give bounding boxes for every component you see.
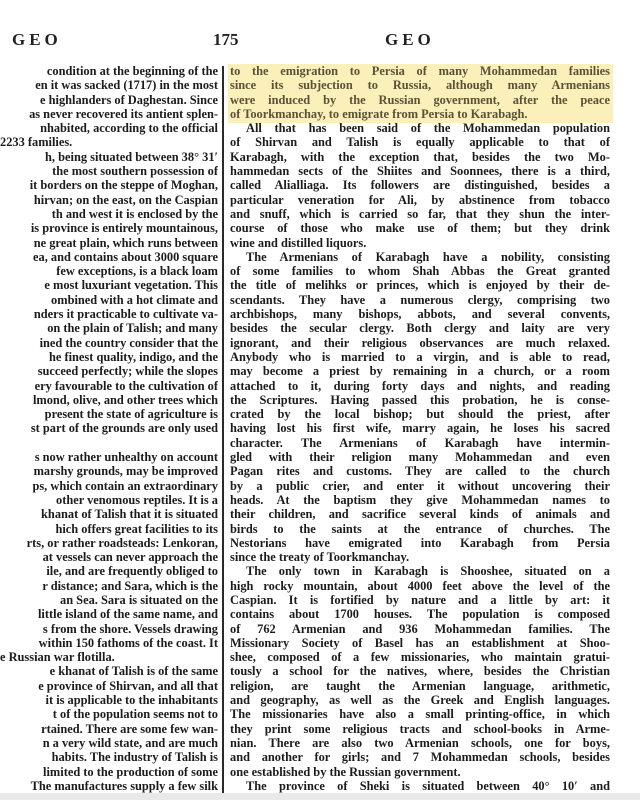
- text-line: ile, and are frequently obliged to: [0, 564, 218, 578]
- text-line: few exceptions, is a black loam: [0, 264, 218, 278]
- text-line: high rocky mountain, about 4000 feet abo…: [230, 579, 610, 593]
- column-divider: [222, 66, 224, 800]
- text-line: the most southern possession of: [0, 164, 218, 178]
- text-line: religion, are taught the Armenian langua…: [230, 679, 610, 693]
- text-line: The manufactures supply a few silk: [0, 779, 218, 793]
- text-line: n a very wild state, and are much: [0, 736, 218, 750]
- text-line: Nestorians have emigrated into Karabagh …: [230, 536, 610, 550]
- text-line: 2233 families.: [0, 135, 218, 149]
- page-header: GEO 175 GEO: [0, 30, 640, 54]
- text-line: of 762 Armenian and 936 Mohammedan famil…: [230, 622, 610, 636]
- text-line: All that has been said of the Mohammedan…: [230, 121, 610, 135]
- right-column: to the emigration to Persia of many Moha…: [230, 64, 610, 793]
- text-line: t of the population seems not to: [0, 707, 218, 721]
- text-line: e highlanders of Daghestan. Since: [0, 93, 218, 107]
- text-line: archbishops, many bishops, abbots, and s…: [230, 307, 610, 321]
- text-line: the Scriptures. Having passed this proba…: [230, 393, 610, 407]
- text-line: r distance; and Sara, which is the: [0, 579, 218, 593]
- text-line: the title of melihks or princes, which i…: [230, 278, 610, 292]
- text-line: within 150 fathoms of the coast. It: [0, 636, 218, 650]
- text-line: s from the shore. Vessels drawing: [0, 622, 218, 636]
- text-line: one established by the Russian governmen…: [230, 765, 610, 779]
- text-line: ombined with a hot climate and: [0, 293, 218, 307]
- text-line: condition at the beginning of the: [0, 64, 218, 78]
- left-column: condition at the beginning of the en it …: [0, 64, 218, 793]
- text-line: little island of the same name, and: [0, 607, 218, 621]
- text-line: of some families to whom Shah Abbas the …: [230, 264, 610, 278]
- text-line: called Alialliaga. Its followers are dis…: [230, 178, 610, 192]
- text-line: ps, which contain an extraordinary: [0, 479, 218, 493]
- text-line: other venomous reptiles. It is a: [0, 493, 218, 507]
- text-line: succeed perfectly; while the slopes: [0, 364, 218, 378]
- highlighted-passage[interactable]: to the emigration to Persia of many Moha…: [230, 64, 610, 121]
- text-line: The only town in Karabagh is Shooshee, s…: [230, 564, 610, 578]
- text-line: course of those who make use of them; bu…: [230, 221, 610, 235]
- text-line: ignorant, and their religious observance…: [230, 336, 610, 350]
- text-line: ea, and contains about 3000 square: [0, 250, 218, 264]
- text-line: e Russian war flotilla.: [0, 650, 218, 664]
- text-line: birds to the saints at the entrance of c…: [230, 522, 610, 536]
- text-line: scendants. They have a numerous clergy, …: [230, 293, 610, 307]
- highlighted-line: of Toorkmanchay, to emigrate from Persia…: [230, 107, 610, 121]
- text-line: The Armenians of Karabagh have a nobilit…: [230, 250, 610, 264]
- text-line: character. The Armenians of Karabagh hav…: [230, 436, 610, 450]
- text-line: Missionary Society of Basel has an estab…: [230, 636, 610, 650]
- text-line: heads. At the baptism they give Mohammed…: [230, 493, 610, 507]
- text-line: at vessels can never approach the: [0, 550, 218, 564]
- text-line: attached to it, during forty days and ni…: [230, 379, 610, 393]
- text-line: contains about 1700 houses. The populati…: [230, 607, 610, 621]
- text-line: their children, and sacrifice several ki…: [230, 507, 610, 521]
- text-line: Caspian. It is fortified by nature and a…: [230, 593, 610, 607]
- text-line: particular veneration for Ali, by abstin…: [230, 193, 610, 207]
- text-line: gled with their religion many Mohammedan…: [230, 450, 610, 464]
- text-line: s now rather unhealthy on account: [0, 450, 218, 464]
- text-line: he finest quality, indigo, and the: [0, 350, 218, 364]
- text-line: e khanat of Talish is of the same: [0, 664, 218, 678]
- text-line: The province of Sheki is situated betwee…: [230, 779, 610, 793]
- text-line: it is applicable to the inhabitants: [0, 693, 218, 707]
- blank-line: [0, 436, 218, 450]
- text-line: of Shirvan and Talish is equally applica…: [230, 135, 610, 149]
- text-line: The missionaries have also a small print…: [230, 707, 610, 721]
- text-line: ined the country consider that the: [0, 336, 218, 350]
- text-line: rts, or rather roadsteads: Lenkoran,: [0, 536, 218, 550]
- text-line: ery favourable to the cultivation of: [0, 379, 218, 393]
- text-line: tously a school for the natives, where, …: [230, 664, 610, 678]
- text-line: they print some religious tracts and sch…: [230, 722, 610, 736]
- text-line: habits. The industry of Talish is: [0, 750, 218, 764]
- text-line: hirvan; on the east, on the Caspian: [0, 193, 218, 207]
- text-line: crated by the local bishop; but should t…: [230, 407, 610, 421]
- text-line: Anybody who is married to a virgin, and …: [230, 350, 610, 364]
- text-line: as never recovered its antient splen-: [0, 107, 218, 121]
- text-line: shee, composed of a few missionaries, wh…: [230, 650, 610, 664]
- text-line: st part of the grounds are only used: [0, 421, 218, 435]
- page-number: 175: [213, 30, 239, 50]
- text-line: en it was sacked (1717) in the most: [0, 78, 218, 92]
- text-line: an Sea. Sara is situated on the: [0, 593, 218, 607]
- text-line: khanat of Talish that it is situated: [0, 507, 218, 521]
- text-line: e most luxuriant vegetation. This: [0, 278, 218, 292]
- text-line: may become a priest by remaining in a ch…: [230, 364, 610, 378]
- highlighted-line: were induced by the Russian government, …: [230, 93, 610, 107]
- text-line: since the treaty of Toorkmanchay.: [230, 550, 610, 564]
- running-head-left: GEO: [12, 30, 62, 50]
- highlighted-line: to the emigration to Persia of many Moha…: [230, 64, 610, 78]
- text-line: Karabagh, with the exception that, besid…: [230, 150, 610, 164]
- text-line: h, being situated between 38° 31′: [0, 150, 218, 164]
- text-line: ne great plain, which runs between: [0, 236, 218, 250]
- text-line: marshy grounds, may be improved: [0, 464, 218, 478]
- text-line: th and west it is enclosed by the: [0, 207, 218, 221]
- highlighted-line: since its subjection to Russia, although…: [230, 78, 610, 92]
- text-line: nders it practicable to cultivate va-: [0, 307, 218, 321]
- text-line: e province of Shirvan, and all that: [0, 679, 218, 693]
- text-line: limited to the production of some: [0, 765, 218, 779]
- text-line: hammedan sects of the Shiites and Soonne…: [230, 164, 610, 178]
- text-line: present the state of agriculture is: [0, 407, 218, 421]
- text-line: besides the secular clergy. Both clergy …: [230, 321, 610, 335]
- text-line: on the plain of Talish; and many: [0, 321, 218, 335]
- text-line: hich offers great facilities to its: [0, 522, 218, 536]
- text-line: wine and distilled liquors.: [230, 236, 610, 250]
- text-line: having lost his first wife, marry again,…: [230, 421, 610, 435]
- text-line: and geography, as well as the Greek and …: [230, 693, 610, 707]
- text-line: is province is entirely mountainous,: [0, 221, 218, 235]
- viewer-bottom-bar: [0, 793, 640, 800]
- text-line: and another for girls; and 7 Mohammedan …: [230, 750, 610, 764]
- text-line: rtained. There are some few wan-: [0, 722, 218, 736]
- text-line: and snuff, which is carried so far, that…: [230, 207, 610, 221]
- text-line: nian. There are also two Armenian school…: [230, 736, 610, 750]
- running-head-right: GEO: [385, 30, 435, 50]
- text-line: lmond, olive, and other trees which: [0, 393, 218, 407]
- text-line: Pagan rites and customs. They are called…: [230, 464, 610, 478]
- text-line: by a public crier, and enter it without …: [230, 479, 610, 493]
- text-line: nhabited, according to the official: [0, 121, 218, 135]
- text-line: it borders on the steppe of Moghan,: [0, 178, 218, 192]
